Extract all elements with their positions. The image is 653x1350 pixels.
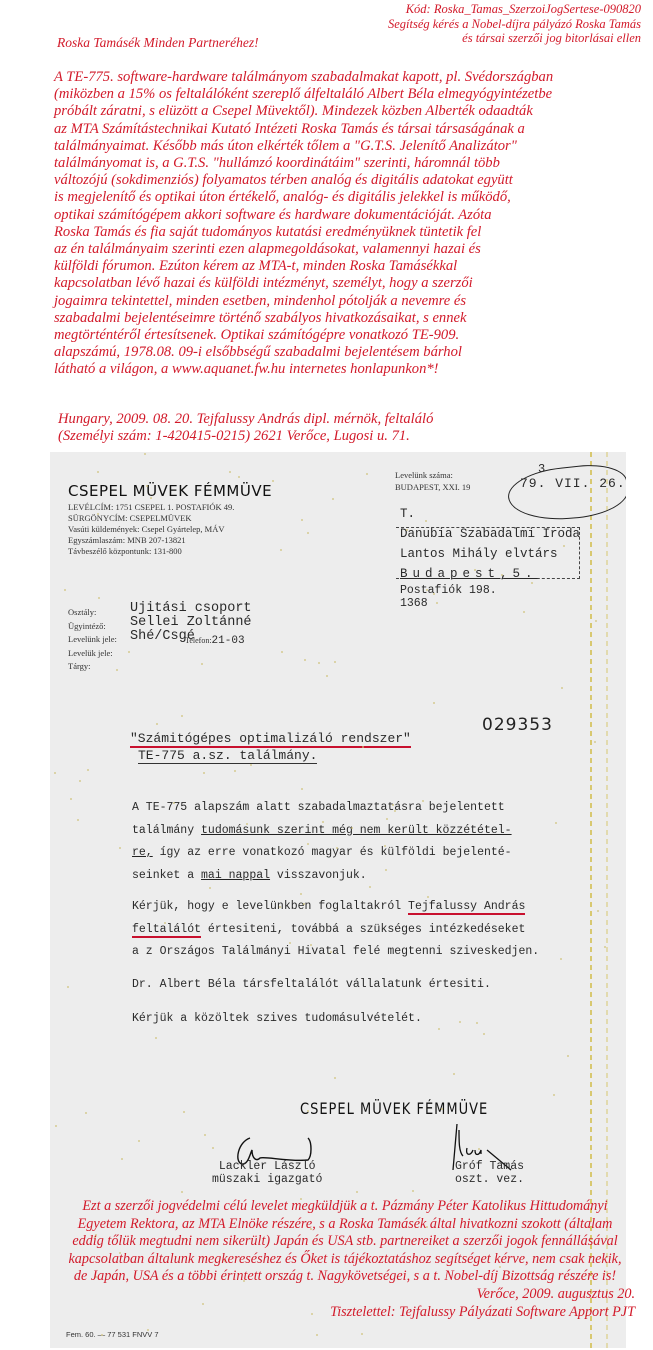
letter-line: találmány tudomásunk szerint még nem ker… [132,820,612,843]
intro-line-18: látható a világon, a www.aquanet.fw.hu i… [54,361,644,378]
letter-line: Kérjük, hogy e levelünkben foglaltakról … [132,896,612,919]
scan-speck [101,1334,103,1336]
scan-speck [501,574,503,576]
scan-speck [164,922,166,924]
phone-field: Telefon:21-03 [185,635,245,647]
scan-speck [433,593,435,595]
footer-place-date: Verőce, 2009. augusztus 20. [55,1286,635,1304]
intro-line-6: találmányomat is, a G.T.S. "hullámzó koo… [54,155,644,172]
signer-1: Lackler László müszaki igazgató [212,1160,322,1186]
addressee-zip: 1368 [400,597,580,610]
addressee-org: Danubia Szabadalmi Iroda [400,524,580,544]
scan-speck [394,810,396,812]
intro-line-14: jogaimra tekintettel, minden esetben, mi… [54,293,644,310]
scan-speck [301,788,303,790]
scan-speck [229,471,231,473]
document-subject-line-2: és társai szerzői jog bitorlásai ellen [388,31,641,46]
intro-line-3: próbált záratni, s elüzött a Csepel Müve… [54,103,644,120]
intro-line-1: A TE-775. software-hardware találmányom … [54,69,644,86]
scan-speck [156,723,158,725]
intro-line-15: szabadalmi bejelentéseimre történő szabá… [54,310,644,327]
date-city: BUDAPEST, XXI. 19 [395,482,470,493]
scan-speck [597,910,599,912]
scan-speck [85,1112,87,1114]
scan-speck [426,589,428,591]
meta-value-2: Sellei Zoltánné [130,616,252,630]
scan-speck [330,951,332,953]
scan-speck [334,661,336,663]
subject-invention: TE-775 a.sz. találmány. [138,748,317,764]
scan-speck [64,589,66,591]
scan-speck [303,903,305,905]
intro-line-5: találmányaimat. Később más úton elkérték… [54,138,644,155]
scan-speck [67,986,69,988]
scan-speck [97,471,99,473]
letter-line: A TE-775 alapszám alatt szabadalmaztatás… [132,797,612,820]
footer-line-5: de Japán, USA és a többi érintett ország… [55,1268,635,1286]
scan-speck [121,1158,123,1160]
scan-speck [77,819,79,821]
meta-label-5: Tárgy: [68,661,117,675]
meta-label-3: Levelünk jele: [68,634,117,648]
scan-speck [386,818,388,820]
letter-line: a z Országos Találmányi Hivatal felé meg… [132,941,612,964]
letterhead-info-line-4: Egyszámlaszám: MNB 207-13821 [68,535,234,546]
letterhead-info: LEVÉLCÍM: 1751 CSEPEL 1. POSTAFIÓK 49.SÜ… [68,502,234,557]
intro-line-10: Roska Tamás és fia saját tudományos kuta… [54,224,644,241]
scan-speck [87,769,89,771]
scan-speck [561,687,563,689]
letter-subject: "Számitógépes optimalizáló rendszer" TE-… [130,730,411,764]
scan-speck [483,1033,485,1035]
addressee-block: T. Danubia Szabadalmi Iroda Lantos Mihál… [400,504,580,610]
addressee-person: Lantos Mihály elvtárs [400,544,580,564]
registration-number: 029353 [482,715,553,735]
scan-speck [356,1191,358,1193]
letter-line: feltalálót értesiteni, továbbá a szükség… [132,919,612,942]
meta-label-2: Ügyintéző: [68,621,117,635]
scan-speck [289,942,291,944]
greeting-heading: Roska Tamásék Minden Partneréhez! [57,35,259,51]
letter-paragraph-3: Dr. Albert Béla társfeltalálót vállalatu… [132,974,612,997]
scan-speck [281,651,283,653]
scan-speck [116,669,118,671]
intro-line-12: külföldi fórumon. Ezúton kérem az MTA-t,… [54,258,644,275]
letterhead-info-line-5: Távbeszélő központunk: 131-800 [68,546,234,557]
footer-line-1: Ezt a szerzői jogvédelmi célú levelet me… [55,1198,635,1216]
document-code: Kód: Roska_Tamas_SzerzoiJogSertese-09082… [388,2,641,17]
document-code-block: Kód: Roska_Tamas_SzerzoiJogSertese-09082… [388,2,641,46]
scan-speck [79,780,81,782]
footer-line-2: Egyetem Rektora, az MTA Elnöke részére, … [55,1216,635,1234]
scan-speck [280,549,282,551]
intro-line-9: optikai számítógépem akkori software és … [54,207,644,224]
scan-speck [326,675,328,677]
author-line-1: Hungary, 2009. 08. 20. Tejfalussy András… [58,411,433,428]
scan-speck [234,770,236,772]
scan-speck [459,1021,461,1023]
scan-speck [204,1134,206,1136]
company-stamp: CSEPEL MÜVEK FÉMMÜVE [300,1100,488,1119]
signer-2-title: oszt. vez. [455,1173,524,1186]
scan-speck [361,1333,363,1335]
intro-line-16: megtörténtéről értesítsenek. Optikai szá… [54,327,644,344]
intro-line-17: alapszámú, 1978.08. 09-i elsőbbségű szab… [54,344,644,361]
scan-speck [438,1028,440,1030]
scan-speck [307,843,309,845]
scan-speck [55,1125,57,1127]
scan-speck [128,651,130,653]
handwritten-mark: 3 [538,462,545,476]
letterhead-company-name: CSEPEL MÜVEK FÉMMÜVE [68,482,272,500]
letterhead-info-line-3: Vasúti küldemények: Csepel Gyártelep, MÁ… [68,524,234,535]
scan-speck [366,473,368,475]
author-line-2: (Személyi szám: 1-420415-0215) 2621 Verő… [58,428,433,445]
scan-speck [238,476,240,478]
scan-speck [203,772,205,774]
signer-2-name: Gróf Tamás [455,1160,524,1173]
letter-paragraph-2: Kérjük, hogy e levelünkben foglaltakról … [132,896,612,964]
scan-speck [595,620,597,622]
scan-speck [272,480,274,482]
signer-1-name: Lackler László [212,1160,322,1173]
letter-paragraph-1: A TE-775 alapszám alatt szabadalmaztatás… [132,797,612,887]
phone-label: Telefon: [185,636,212,645]
scan-speck [318,662,320,664]
letter-line: Dr. Albert Béla társfeltalálót vállalatu… [132,974,612,997]
intro-line-2: (miközben a 15% os feltalálóként szerepl… [54,86,644,103]
intro-line-11: az én találmányaim szerinti ezen alapmeg… [54,241,644,258]
intro-line-4: az MTA Számítástechnikai Kutató Intézeti… [54,121,644,138]
intro-line-8: is megjelenítő és optikai úton értékelő,… [54,189,644,206]
footer-line-3: eddig tőlük megtudni nem sikerült) Japán… [55,1233,635,1251]
addressee-salutation: T. [400,504,580,524]
scan-speck [476,1022,478,1024]
scan-speck [301,519,303,521]
signer-1-title: müszaki igazgató [212,1173,322,1186]
letterhead-info-line-1: LEVÉLCÍM: 1751 CSEPEL 1. POSTAFIÓK 49. [68,502,234,513]
scan-speck [433,702,435,704]
scan-speck [436,602,438,604]
our-ref-label: Levelünk száma: [395,470,453,481]
scan-speck [332,498,334,500]
meta-label-4: Levelük jele: [68,648,117,662]
intro-paragraph: A TE-775. software-hardware találmányom … [54,69,644,379]
document-subject-line-1: Segítség kérés a Nobel-díjra pályázó Ros… [388,17,641,32]
scan-speck [181,1191,183,1193]
scan-speck [54,772,56,774]
scan-speck [304,659,306,661]
scan-speck [155,1037,157,1039]
scan-speck [567,1055,569,1057]
footer-closing: Tisztelettel: Tejfalussy Pályázati Softw… [55,1304,635,1322]
scan-speck [334,1077,336,1079]
subject-title: "Számitógépes optimalizáló rendszer" [130,731,411,748]
scan-speck [412,1190,414,1192]
scan-speck [553,1094,555,1096]
meta-label-1: Osztály: [68,607,117,621]
form-code: Fem. 60. — 77 531 FNVV 7 [66,1330,159,1339]
scan-speck [119,847,121,849]
letter-line: Kérjük a közöltek szives tudomásulvételé… [132,1008,612,1031]
scan-speck [425,520,427,522]
scan-speck [384,845,386,847]
scan-speck [362,746,364,748]
scan-speck [531,582,533,584]
scan-speck [453,1073,455,1075]
scan-speck [183,1111,185,1113]
scan-speck [560,958,562,960]
scan-speck [523,611,525,613]
footer-note: Ezt a szerzői jogvédelmi célú levelet me… [55,1198,635,1321]
scan-speck [594,741,596,743]
scan-speck [300,893,302,895]
scan-speck [555,822,557,824]
scan-speck [201,663,203,665]
letter-paragraph-4: Kérjük a közöltek szives tudomásulvételé… [132,1008,612,1031]
scan-speck [98,597,100,599]
intro-line-13: kapcsolatban lévő hazai és külföldi inté… [54,275,644,292]
scan-speck [70,798,72,800]
letter-date: 79. VII. 26. [520,476,626,491]
phone-value: 21-03 [212,635,245,647]
scan-speck [392,804,394,806]
meta-value-1: Ujitási csoport [130,602,252,616]
intro-line-7: változójú (sokdimenziós) folyamatos térb… [54,172,644,189]
author-signature-line: Hungary, 2009. 08. 20. Tejfalussy András… [58,411,433,445]
scan-speck [144,453,146,455]
scan-speck [212,1147,214,1149]
letter-line: re, így az erre vonatkozó magyar és külf… [132,842,612,865]
letter-line: seinket a mai nappal visszavonjuk. [132,865,612,888]
addressee-city: Budapest,5. [400,564,580,584]
scan-speck [181,715,183,717]
scan-speck [138,1140,140,1142]
signer-2: Gróf Tamás oszt. vez. [455,1160,524,1186]
scan-speck [406,529,408,531]
scan-speck [307,532,309,534]
letterhead-info-line-2: SÜRGÖNYCÍM: CSEPELMÜVEK [68,513,234,524]
scan-speck [316,1334,318,1336]
letter-meta-labels: Osztály:Ügyintéző:Levelünk jele:Levelük … [68,607,117,675]
footer-line-4: kapcsolatban általunk megkereséshez és Ő… [55,1251,635,1269]
